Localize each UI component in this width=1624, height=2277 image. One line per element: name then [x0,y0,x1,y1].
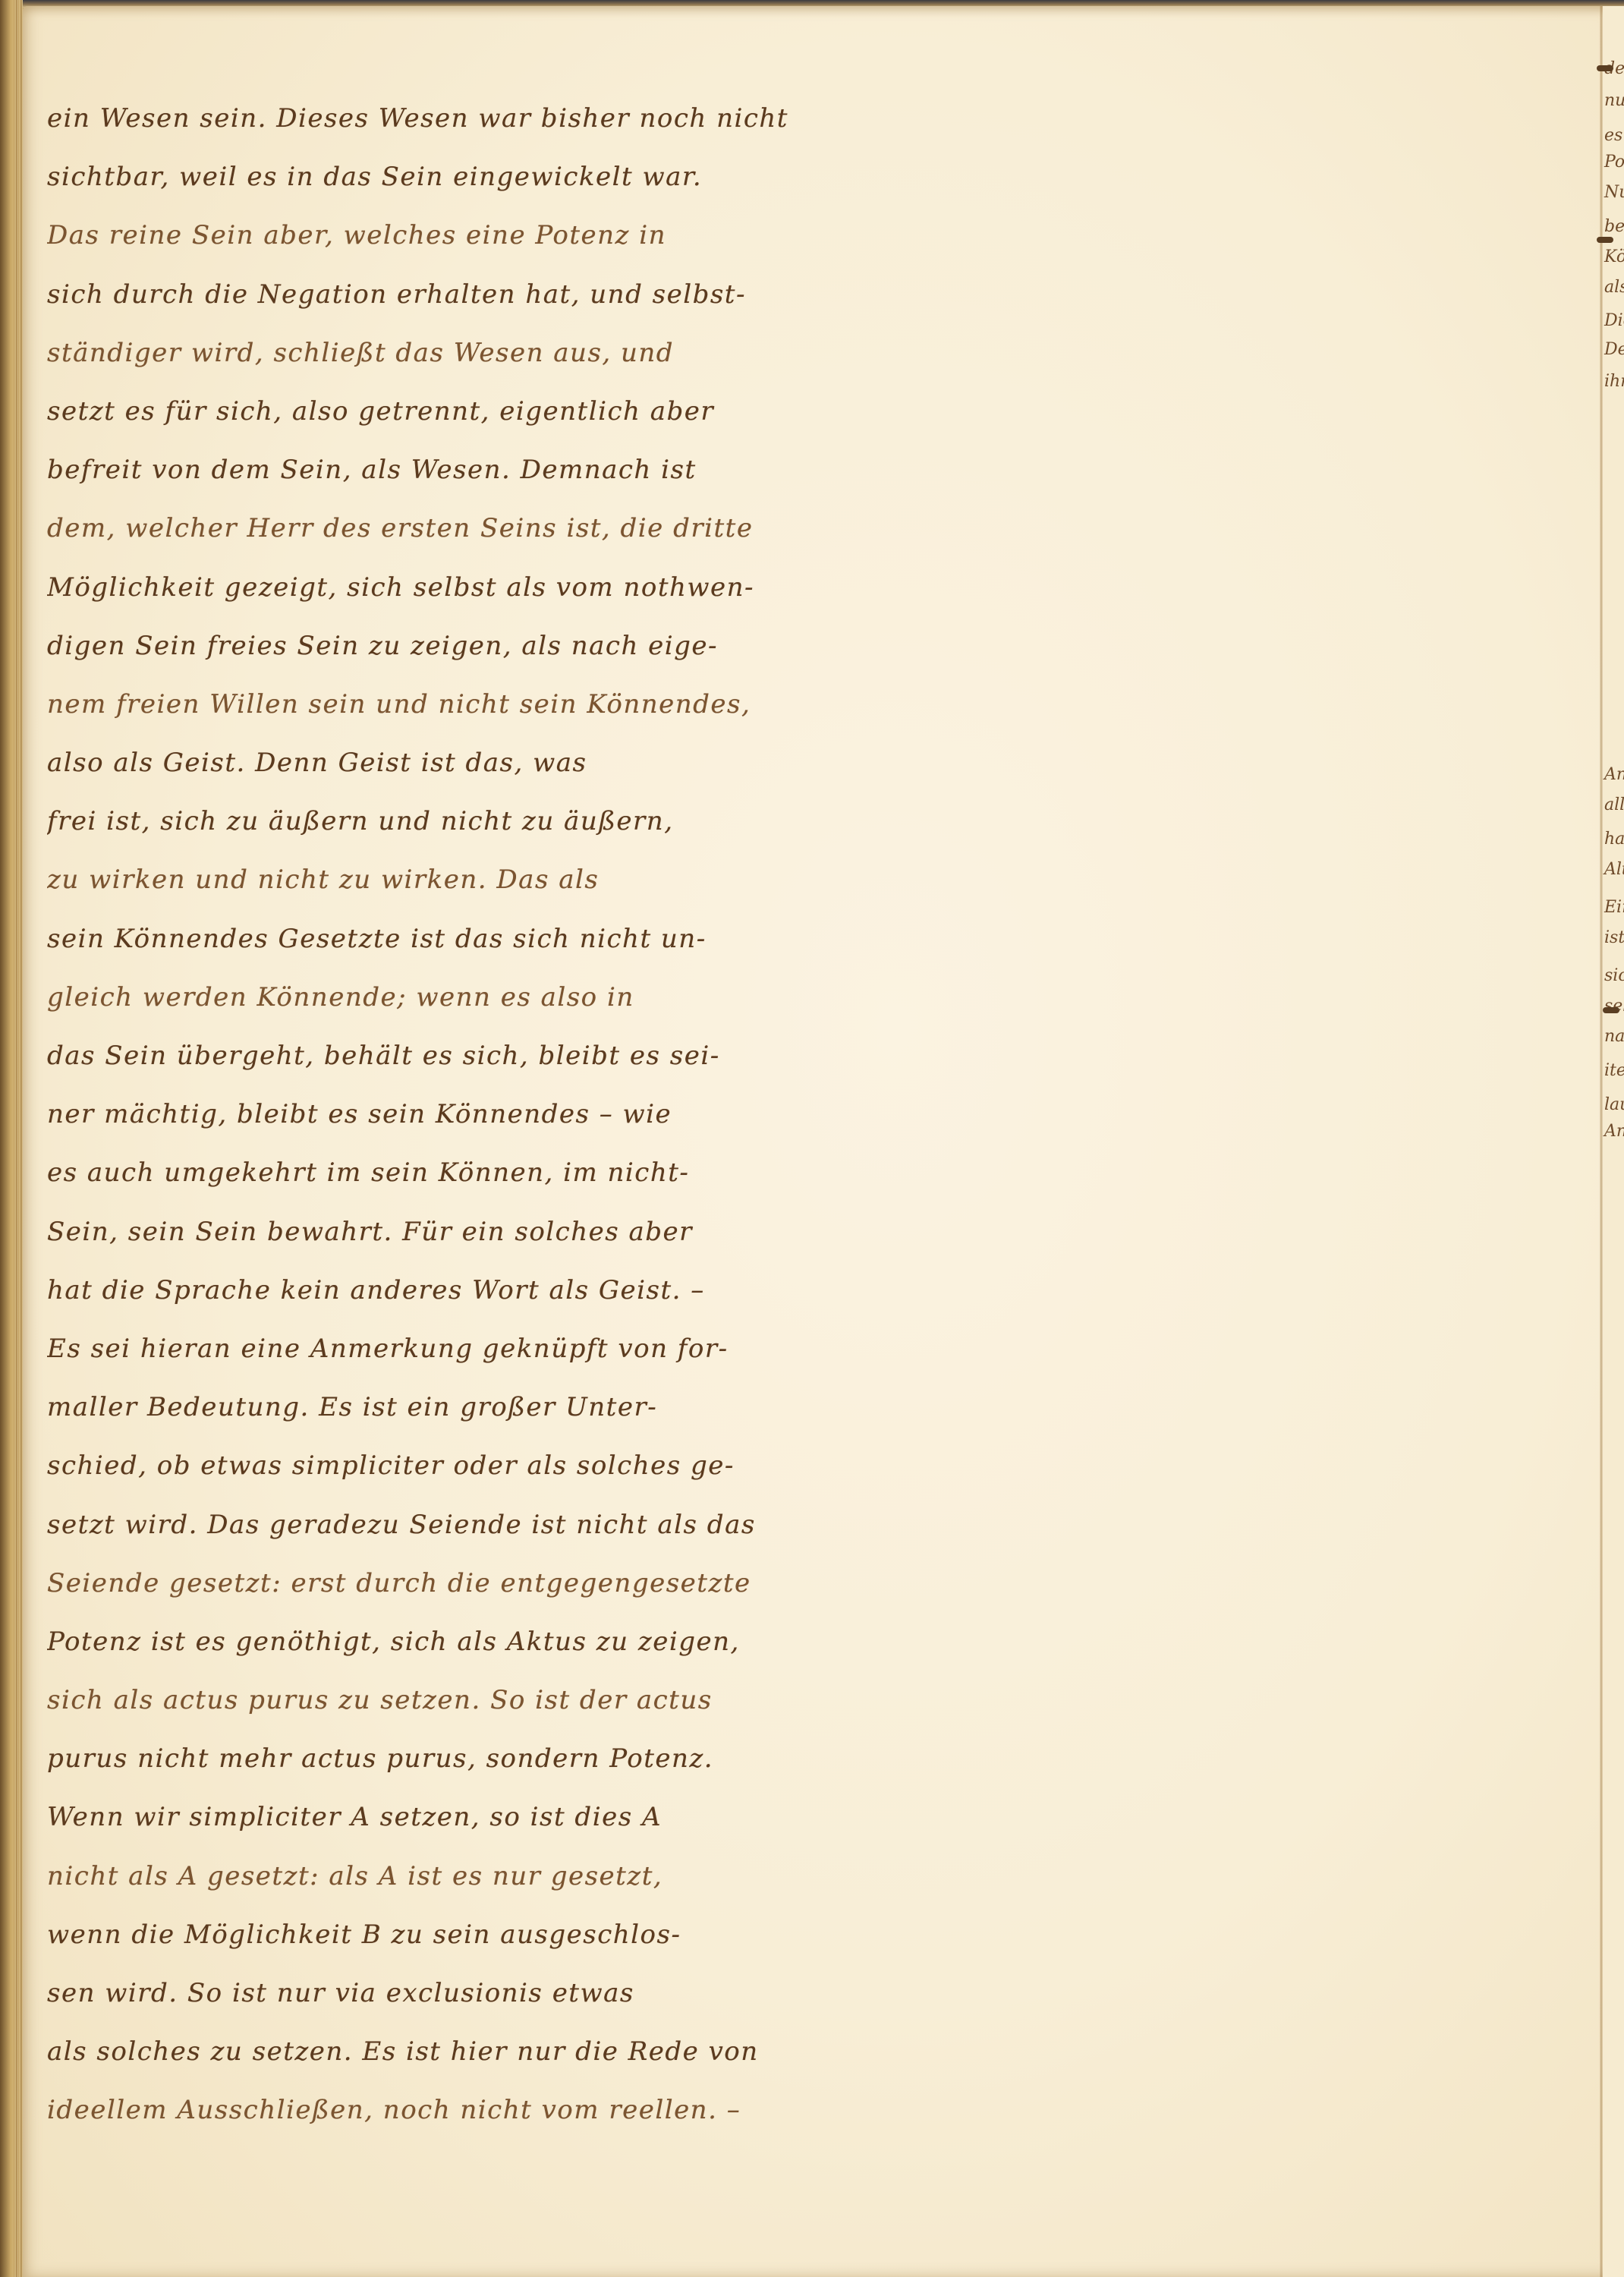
binding-thread-mark [1597,237,1613,243]
manuscript-line: sein Könnendes Gesetzte ist das sich nic… [47,910,851,968]
manuscript-line: ideellem Ausschließen, noch nicht vom re… [47,2081,851,2140]
manuscript-line: frei ist, sich zu äußern und nicht zu äu… [47,792,851,851]
adjacent-page-fragment: Pot [1604,153,1624,172]
manuscript-line: Wenn wir simpliciter A setzen, so ist di… [47,1788,851,1847]
manuscript-line: Sein, sein Sein bewahrt. Für ein solches… [47,1203,851,1261]
manuscript-line: hat die Sprache kein anderes Wort als Ge… [47,1261,851,1320]
manuscript-line: befreit von dem Sein, als Wesen. Demnach… [47,441,851,499]
manuscript-line: dem, welcher Herr des ersten Seins ist, … [47,499,851,558]
adjacent-page-fragment: aller [1604,795,1624,814]
adjacent-page-fragment: Alt [1604,860,1624,879]
manuscript-line: wenn die Möglichkeit B zu sein ausgeschl… [47,1906,851,1964]
manuscript-line: Es sei hieran eine Anmerkung geknüpft vo… [47,1320,851,1378]
adjacent-page-fragment: Anz [1604,1122,1624,1141]
adjacent-page-fragment: nahe [1604,1027,1624,1046]
manuscript-line: also als Geist. Denn Geist ist das, was [47,734,851,792]
adjacent-page-fragment: ber [1604,217,1624,236]
manuscript-line: das Sein übergeht, behält es sich, bleib… [47,1027,851,1085]
adjacent-page-fragment: als [1604,278,1624,297]
manuscript-line: digen Sein freies Sein zu zeigen, als na… [47,617,851,676]
manuscript-line: es auch umgekehrt im sein Können, im nic… [47,1144,851,1202]
manuscript-line: gleich werden Könnende; wenn es also in [47,968,851,1027]
manuscript-line: Seiende gesetzt: erst durch die entgegen… [47,1554,851,1613]
adjacent-page-fragment: Ann [1604,765,1624,784]
manuscript-line: purus nicht mehr actus purus, sondern Po… [47,1730,851,1788]
manuscript-body-text: ein Wesen sein. Dieses Wesen war bisher … [47,90,851,2140]
adjacent-page-fragment: sich [1604,966,1624,985]
manuscript-line: setzt es für sich, also getrennt, eigent… [47,383,851,441]
manuscript-line: nicht als A gesetzt: als A ist es nur ge… [47,1847,851,1906]
manuscript-line: Das reine Sein aber, welches eine Potenz… [47,206,851,265]
manuscript-line: schied, ob etwas simpliciter oder als so… [47,1437,851,1495]
manuscript-line: als solches zu setzen. Es ist hier nur d… [47,2023,851,2081]
adjacent-page-fragment: es ei [1604,126,1624,145]
manuscript-line: Potenz ist es genöthigt, sich als Aktus … [47,1613,851,1671]
adjacent-page-fragment: Denk [1604,340,1624,359]
manuscript-line: setzt wird. Das geradezu Seiende ist nic… [47,1496,851,1554]
manuscript-line: maller Bedeutung. Es ist ein großer Unte… [47,1378,851,1437]
binding-thread-mark [1603,1007,1619,1013]
adjacent-page-fragment: Ein [1604,898,1624,917]
adjacent-page-fragment: lau [1604,1095,1624,1114]
adjacent-page-fragment: hatte [1604,830,1624,849]
manuscript-line: sichtbar, weil es in das Sein eingewicke… [47,148,851,206]
manuscript-line: sich als actus purus zu setzen. So ist d… [47,1671,851,1730]
adjacent-page-fragment: Nu [1604,183,1624,202]
binding-thread-mark [1597,65,1613,71]
manuscript-line: ein Wesen sein. Dieses Wesen war bisher … [47,90,851,148]
manuscript-line: nem freien Willen sein und nicht sein Kö… [47,676,851,734]
manuscript-line: zu wirken und nicht zu wirken. Das als [47,851,851,909]
manuscript-line: ner mächtig, bleibt es sein Könnendes – … [47,1085,851,1144]
adjacent-page-fragment: ist [1604,928,1624,947]
manuscript-line: Möglichkeit gezeigt, sich selbst als vom… [47,559,851,617]
adjacent-page-fragment: ihr [1604,372,1624,391]
adjacent-page-fragment: Diese [1604,311,1624,330]
manuscript-line: ständiger wird, schließt das Wesen aus, … [47,324,851,383]
adjacent-page-fragment: nur [1604,91,1624,110]
adjacent-page-strip: dessen nur es ei Pot Nu ber Kön als Dies… [1603,6,1624,2277]
adjacent-page-fragment: Kön [1604,247,1624,266]
manuscript-scan: dessen nur es ei Pot Nu ber Kön als Dies… [0,0,1624,2277]
manuscript-line: sen wird. So ist nur via exclusionis etw… [47,1964,851,2023]
manuscript-line: sich durch die Negation erhalten hat, un… [47,266,851,324]
adjacent-page-fragment: ite [1604,1061,1624,1080]
